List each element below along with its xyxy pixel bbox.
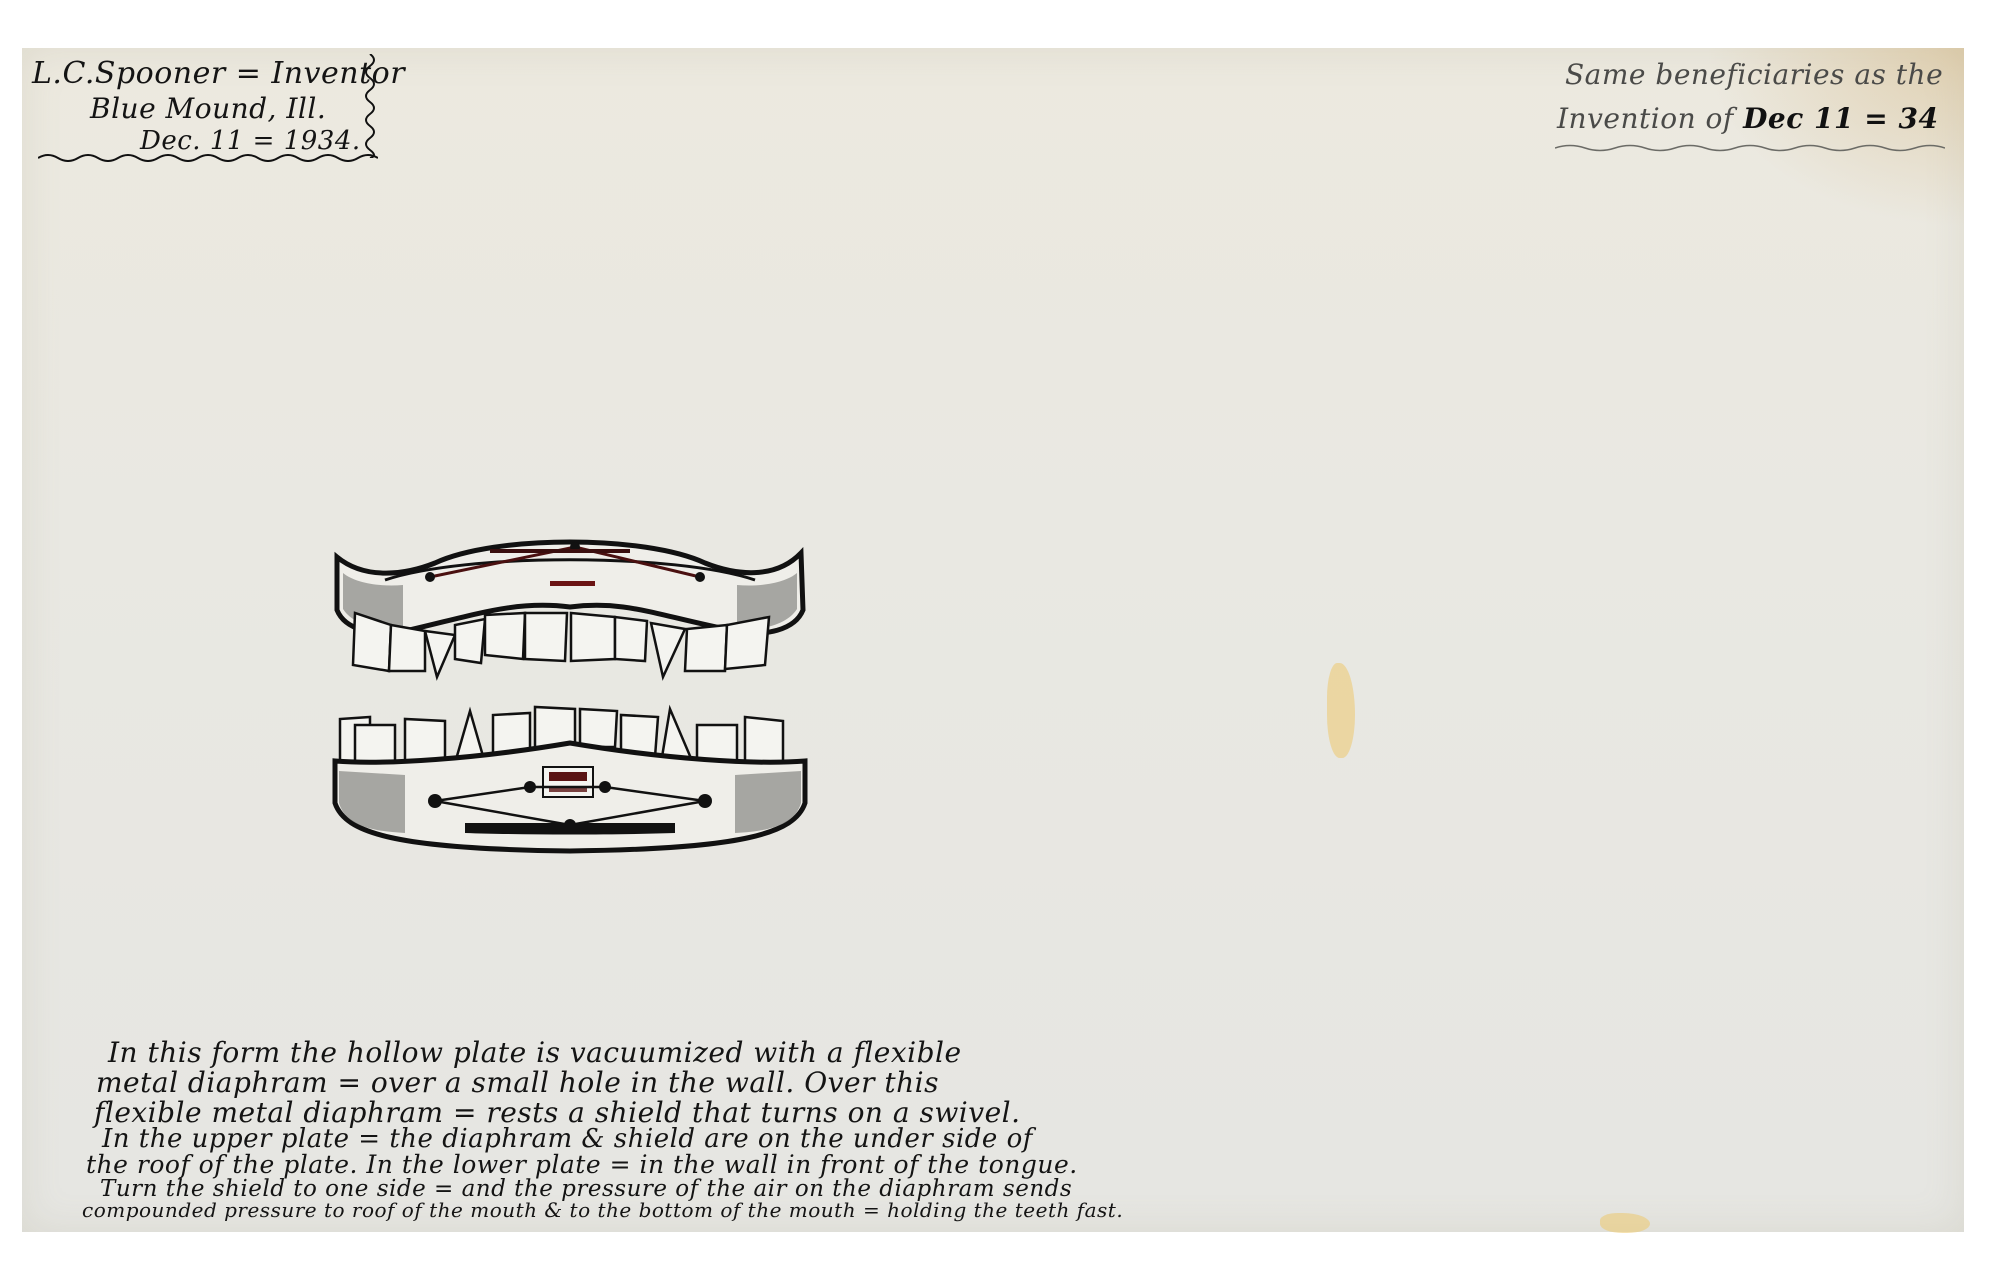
header-line-location: Blue Mound, Ill. xyxy=(90,92,326,125)
description-line-1: In this form the hollow plate is vacuumi… xyxy=(108,1036,962,1069)
wavy-border-right xyxy=(362,54,378,158)
water-stain-bottom xyxy=(1600,1213,1650,1233)
pencil-underline xyxy=(1555,142,1945,154)
beneficiaries-line: Same beneficiaries as the xyxy=(1565,58,1943,91)
header-line-inventor: L.C.Spooner = Inventor xyxy=(32,56,405,91)
description-line-5: the roof of the plate. In the lower plat… xyxy=(86,1150,1078,1179)
description-line-2: metal diaphram = over a small hole in th… xyxy=(96,1066,939,1099)
wavy-border-bottom xyxy=(38,150,378,162)
lower-plate xyxy=(335,707,805,851)
dentures-drawing xyxy=(325,525,815,865)
reference-date-text: Dec 11 = 34 xyxy=(1743,102,1938,135)
invention-reference-line: Invention of Dec 11 = 34 xyxy=(1557,102,1938,135)
water-stain xyxy=(1327,663,1355,758)
upper-plate xyxy=(337,542,803,677)
description-line-7: compounded pressure to roof of the mouth… xyxy=(82,1198,1123,1222)
description-text: In this form the hollow plate is vacuumi… xyxy=(96,1036,1246,1236)
invention-of-text: Invention of xyxy=(1557,102,1734,135)
inventor-header-note: L.C.Spooner = Inventor Blue Mound, Ill. … xyxy=(30,52,380,160)
